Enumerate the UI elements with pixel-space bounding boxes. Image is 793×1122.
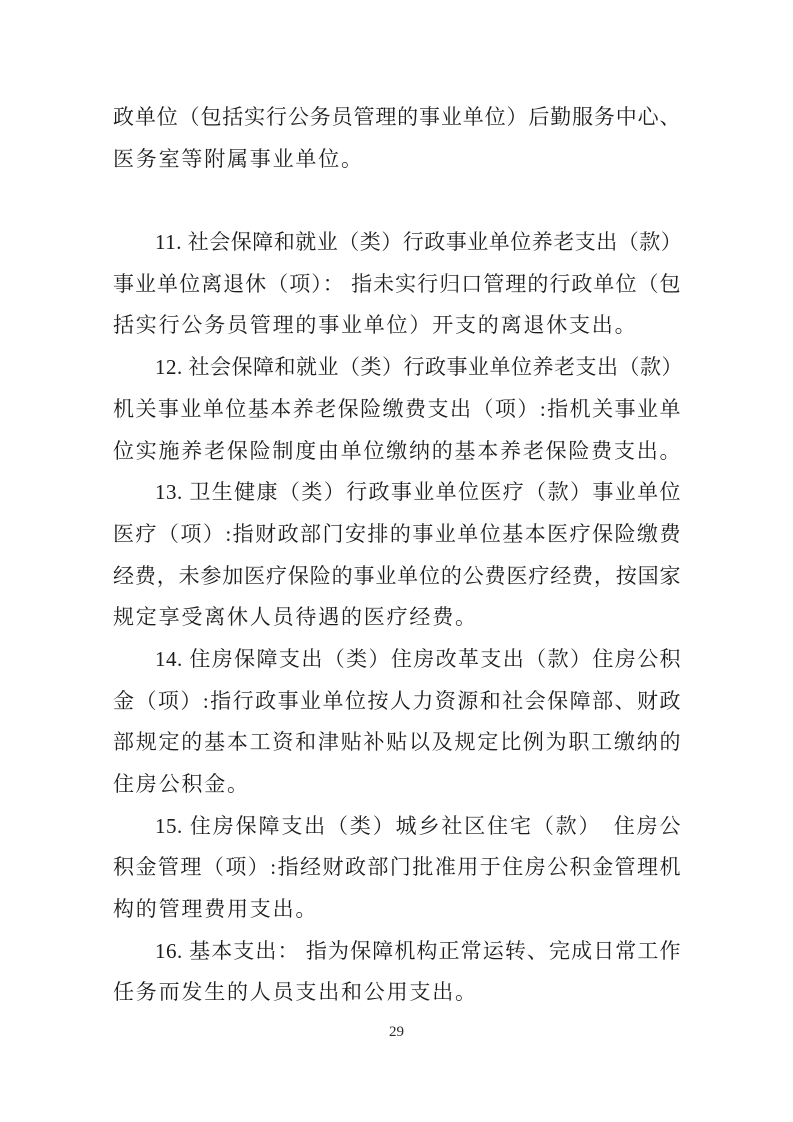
paragraph-item-11: 11. 社会保障和就业（类）行政事业单位养老支出（款） 事业单位离退休（项）： …: [113, 222, 681, 347]
text-line: 经费，未参加医疗保险的事业单位的公费医疗经费，按国家: [113, 556, 681, 598]
paragraph-continuation: 政单位（包括实行公务员管理的事业单位）后勤服务中心、 医务室等附属事业单位。: [113, 97, 681, 180]
text-line: 任务而发生的人员支出和公用支出。: [113, 972, 681, 1014]
text-line: 住房公积金。: [113, 764, 681, 806]
text-line: 括实行公务员管理的事业单位）开支的离退休支出。: [113, 305, 681, 347]
page-number: 29: [0, 1021, 793, 1043]
text-line: 16. 基本支出： 指为保障机构正常运转、完成日常工作: [113, 931, 681, 973]
page-body-text: 政单位（包括实行公务员管理的事业单位）后勤服务中心、 医务室等附属事业单位。 1…: [113, 97, 681, 1014]
text-line: 机关事业单位基本养老保险缴费支出（项）:指机关事业单: [113, 389, 681, 431]
paragraph-item-16: 16. 基本支出： 指为保障机构正常运转、完成日常工作 任务而发生的人员支出和公…: [113, 931, 681, 1014]
paragraph-item-12: 12. 社会保障和就业（类）行政事业单位养老支出（款） 机关事业单位基本养老保险…: [113, 347, 681, 472]
text-line: 积金管理（项）:指经财政部门批准用于住房公积金管理机: [113, 847, 681, 889]
paragraph-item-15: 15. 住房保障支出（类）城乡社区住宅（款） 住房公 积金管理（项）:指经财政部…: [113, 806, 681, 931]
text-line: 政单位（包括实行公务员管理的事业单位）后勤服务中心、: [113, 97, 681, 139]
text-line: 医务室等附属事业单位。: [113, 139, 681, 181]
text-line: 部规定的基本工资和津贴补贴以及规定比例为职工缴纳的: [113, 722, 681, 764]
text-line: 规定享受离休人员待遇的医疗经费。: [113, 597, 681, 639]
text-line: 15. 住房保障支出（类）城乡社区住宅（款） 住房公: [113, 806, 681, 848]
text-line: 12. 社会保障和就业（类）行政事业单位养老支出（款）: [113, 347, 681, 389]
text-line: 14. 住房保障支出（类）住房改革支出（款）住房公积: [113, 639, 681, 681]
text-line: 11. 社会保障和就业（类）行政事业单位养老支出（款）: [113, 222, 681, 264]
blank-line: [113, 180, 681, 222]
text-line: 构的管理费用支出。: [113, 889, 681, 931]
text-line: 事业单位离退休（项）： 指未实行归口管理的行政单位（包: [113, 264, 681, 306]
paragraph-item-14: 14. 住房保障支出（类）住房改革支出（款）住房公积 金（项）:指行政事业单位按…: [113, 639, 681, 806]
text-line: 医疗（项）:指财政部门安排的事业单位基本医疗保险缴费: [113, 514, 681, 556]
text-line: 金（项）:指行政事业单位按人力资源和社会保障部、财政: [113, 681, 681, 723]
text-line: 位实施养老保险制度由单位缴纳的基本养老保险费支出。: [113, 431, 681, 473]
paragraph-item-13: 13. 卫生健康（类）行政事业单位医疗（款）事业单位 医疗（项）:指财政部门安排…: [113, 472, 681, 639]
text-line: 13. 卫生健康（类）行政事业单位医疗（款）事业单位: [113, 472, 681, 514]
